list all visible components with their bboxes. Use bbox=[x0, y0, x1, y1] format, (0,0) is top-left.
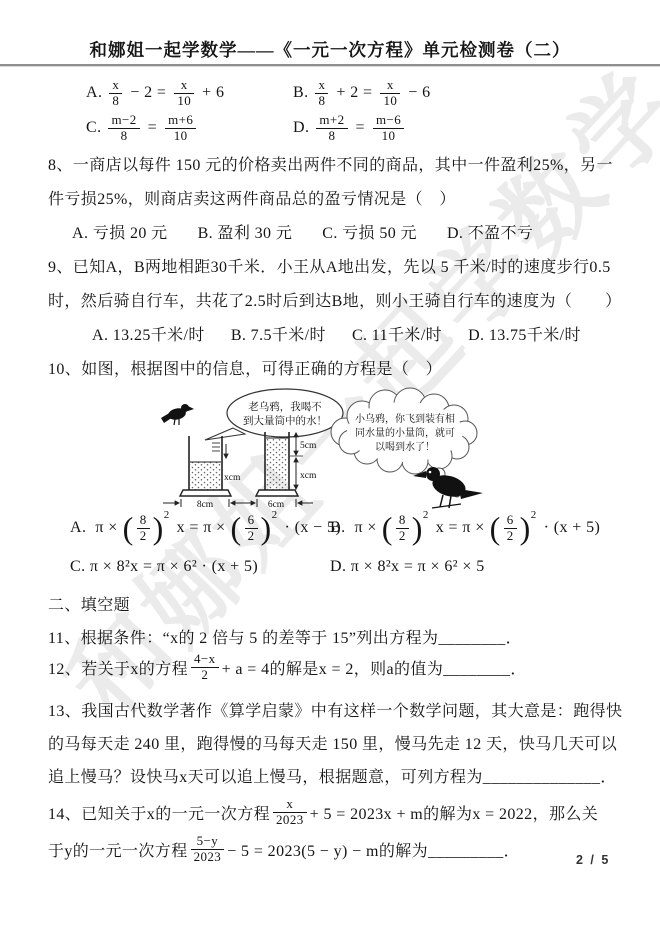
page-number: 2 / 5 bbox=[576, 853, 610, 867]
q14-stem-line2: 于y的一元一次方程 5−y2023 − 5 = 2023(5 − y) − m的… bbox=[48, 834, 520, 864]
q9-stem-line1: 9、已知A，B两地相距30千米．小王从A地出发，先以 5 千米/时的速度步行0.… bbox=[48, 254, 611, 277]
q9-options: A. 13.25千米/时 B. 7.5千米/时 C. 11千米/时 D. 13.… bbox=[92, 322, 581, 345]
q10-figure: 老乌鸦，我喝不 到大量筒中的水！ xcm 8cm 5cm xcm bbox=[113, 386, 549, 518]
right-top-label: 5cm bbox=[300, 441, 317, 451]
left-cylinder: xcm 8cm bbox=[163, 436, 247, 510]
small-crow-icon bbox=[161, 404, 194, 425]
q8-options: A. 亏损 20 元 B. 盈利 30 元 C. 亏损 50 元 D. 不盈不亏 bbox=[72, 220, 533, 243]
thought-line1: 小乌鸦，你飞到装有相 bbox=[355, 412, 455, 425]
fraction: x10 bbox=[174, 78, 194, 108]
q8-option-a: A. 亏损 20 元 bbox=[72, 220, 168, 243]
title-divider bbox=[0, 64, 660, 67]
section2-title: 二、填空题 bbox=[48, 592, 130, 615]
q9-option-a: A. 13.25千米/时 bbox=[92, 322, 205, 345]
q8-option-b: B. 盈利 30 元 bbox=[198, 220, 293, 243]
q9-option-b: B. 7.5千米/时 bbox=[231, 322, 326, 345]
left-water-height-label: xcm bbox=[224, 473, 241, 483]
fraction: x8 bbox=[315, 78, 328, 108]
paren-fraction: 62 bbox=[490, 513, 531, 543]
speech-line1: 老乌鸦，我喝不 bbox=[248, 400, 322, 413]
q8-option-d: D. 不盈不亏 bbox=[447, 220, 533, 243]
q13-stem-line1: 13、我国古代数学著作《算学启蒙》中有这样一个数学问题，其大意是：跑得快 bbox=[48, 698, 622, 721]
right-water-height-label: xcm bbox=[300, 471, 317, 481]
q10-option-c: C. π × 8²x = π × 6² · (x + 5) bbox=[70, 558, 258, 576]
q10-stem: 10、如图，根据图中的信息，可得正确的方程是（ ） bbox=[48, 356, 442, 379]
fraction: m+610 bbox=[165, 113, 196, 143]
q8-option-c: C. 亏损 50 元 bbox=[322, 220, 417, 243]
page-title: 和娜姐一起学数学——《一元一次方程》单元检测卷（二） bbox=[0, 37, 660, 62]
fraction: 5−y2023 bbox=[191, 834, 225, 864]
paren-fraction: 62 bbox=[231, 513, 272, 543]
fraction: x10 bbox=[380, 78, 400, 108]
paren-fraction: 82 bbox=[382, 513, 423, 543]
q9-stem-line2: 时，然后骑自行车，共花了2.5时后到达B地，则小王骑自行车的速度为（ ） bbox=[48, 288, 621, 311]
q7-option-b: B. x8 + 2 = x10 − 6 bbox=[293, 78, 435, 108]
q12-stem: 12、若关于x的方程 4−x2 + a = 4的解是x = 2，则a的值为___… bbox=[48, 652, 527, 682]
right-cylinder: 5cm xcm 6cm bbox=[240, 432, 317, 510]
q8-stem-line1: 8、一商店以每件 150 元的价格卖出两件不同的商品，其中一件盈利25%，另一 bbox=[48, 152, 613, 175]
q9-option-d: D. 13.75千米/时 bbox=[468, 322, 581, 345]
thought-line2: 同水量的小量筒，就可 bbox=[355, 426, 455, 439]
q9-option-c: C. 11千米/时 bbox=[352, 322, 442, 345]
fraction: m−28 bbox=[108, 113, 139, 143]
left-width-label: 8cm bbox=[197, 500, 214, 510]
fraction: 4−x2 bbox=[191, 652, 219, 682]
q7-option-c: C. m−28 = m+610 bbox=[86, 113, 199, 143]
worksheet-page: 和娜姐一起学数学 和娜姐一起学数学——《一元一次方程》单元检测卷（二） A. x… bbox=[0, 0, 660, 936]
q13-stem-line2: 的马每天走 240 里，跑得慢的马每天走 150 里，慢马先走 12 天，快马几… bbox=[48, 731, 617, 754]
fraction: m−610 bbox=[373, 113, 404, 143]
q10-option-d: D. π × 8²x = π × 6² × 5 bbox=[330, 558, 485, 576]
q7-option-a: A. x8 − 2 = x10 + 6 bbox=[86, 78, 229, 108]
q14-stem-line1: 14、已知关于x的一元一次方程 x2023 + 5 = 2023x + m的解为… bbox=[48, 797, 598, 827]
speech-line2: 到大量筒中的水！ bbox=[243, 414, 327, 427]
q11-stem: 11、根据条件：“x的 2 倍与 5 的差等于 15”列出方程为________… bbox=[48, 625, 522, 648]
speech-bubble: 老乌鸦，我喝不 到大量筒中的水！ bbox=[205, 389, 343, 440]
thought-line3: 以喝到水了！ bbox=[375, 440, 435, 453]
paren-fraction: 82 bbox=[123, 513, 164, 543]
q10-option-a: A. π × 822 x = π × 622 · (x − 5) bbox=[70, 513, 346, 543]
q10-option-b: B. π × 822 x = π × 622 · (x + 5) bbox=[330, 513, 605, 543]
fraction: x2023 bbox=[273, 797, 307, 827]
q7-option-d: D. m+28 = m−610 bbox=[293, 113, 407, 143]
fraction: m+28 bbox=[316, 113, 347, 143]
big-crow-icon bbox=[413, 467, 483, 508]
q8-stem-line2: 件亏损25%，则商店卖这两件商品总的盈亏情况是（ ） bbox=[48, 186, 456, 209]
fraction: x8 bbox=[109, 78, 122, 108]
q13-stem-line3: 追上慢马？设快马x天可以追上慢马，根据题意，可列方程为_____________… bbox=[48, 764, 617, 787]
